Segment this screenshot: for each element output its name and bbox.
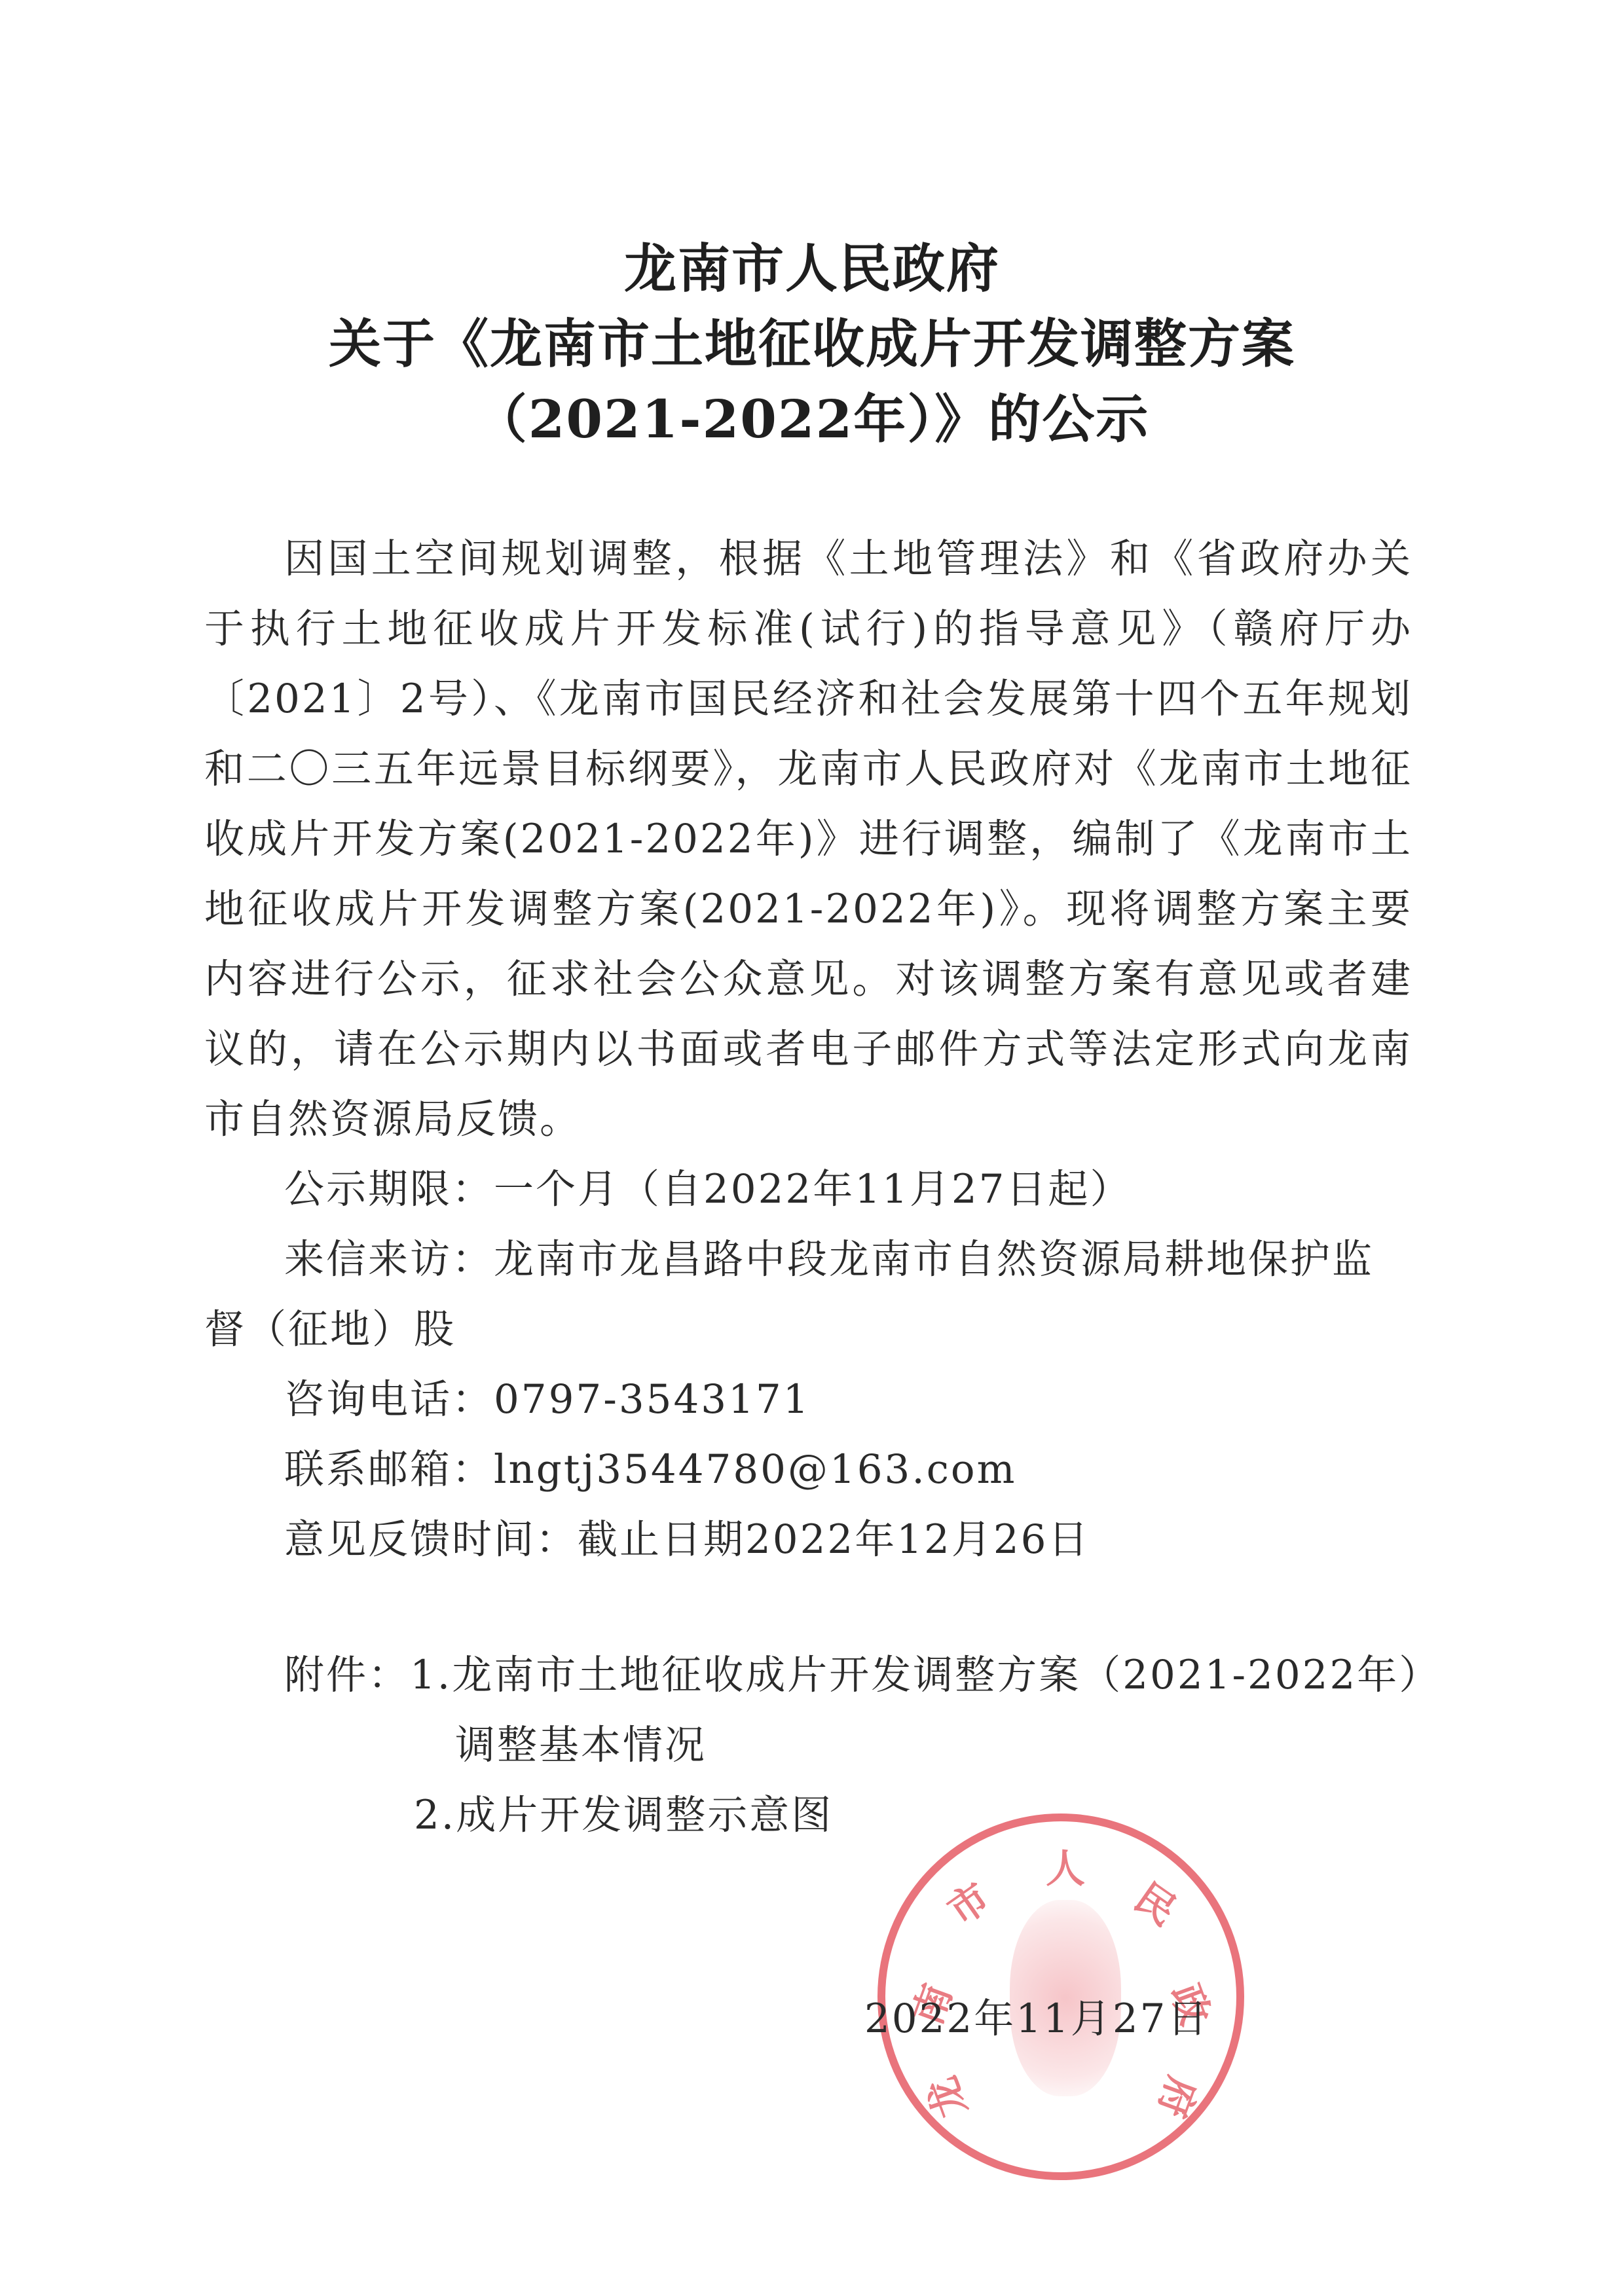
attachment-item-1: 附件：1.龙南市土地征收成片开发调整方案（2021-2022年） — [284, 1640, 1441, 1710]
main-paragraph: 因国土空间规划调整，根据《土地管理法》和《省政府办关于执行土地征收成片开发标准(… — [204, 524, 1412, 1154]
publicity-period: 公示期限：一个月（自2022年11月27日起） — [284, 1154, 1132, 1224]
contact-address-line1: 来信来访：龙南市龙昌路中段龙南市自然资源局耕地保护监 — [284, 1224, 1374, 1294]
document-title-line2: 关于《龙南市土地征收成片开发调整方案 — [0, 308, 1624, 380]
seal-char: 龙 — [911, 2070, 977, 2126]
seal-char: 民 — [1125, 1868, 1189, 1937]
contact-email: 联系邮箱：lngtj3544780@163.com — [284, 1434, 1017, 1504]
document-title-line3: （2021-2022年）》的公示 — [0, 383, 1624, 455]
document-title-line1: 龙南市人民政府 — [0, 232, 1624, 304]
attachment-item-2: 2.成片开发调整示意图 — [414, 1780, 833, 1850]
phone-number: 咨询电话：0797-3543171 — [284, 1364, 811, 1434]
seal-char: 市 — [935, 1868, 999, 1937]
attachment-item-1-continued: 调整基本情况 — [455, 1710, 707, 1780]
contact-address-line2: 督（征地）股 — [204, 1294, 456, 1364]
issue-date: 2022年11月27日 — [864, 1987, 1209, 2044]
seal-char: 府 — [1147, 2070, 1213, 2126]
feedback-deadline: 意见反馈时间：截止日期2022年12月26日 — [284, 1504, 1090, 1575]
seal-char: 人 — [1046, 1838, 1085, 1894]
